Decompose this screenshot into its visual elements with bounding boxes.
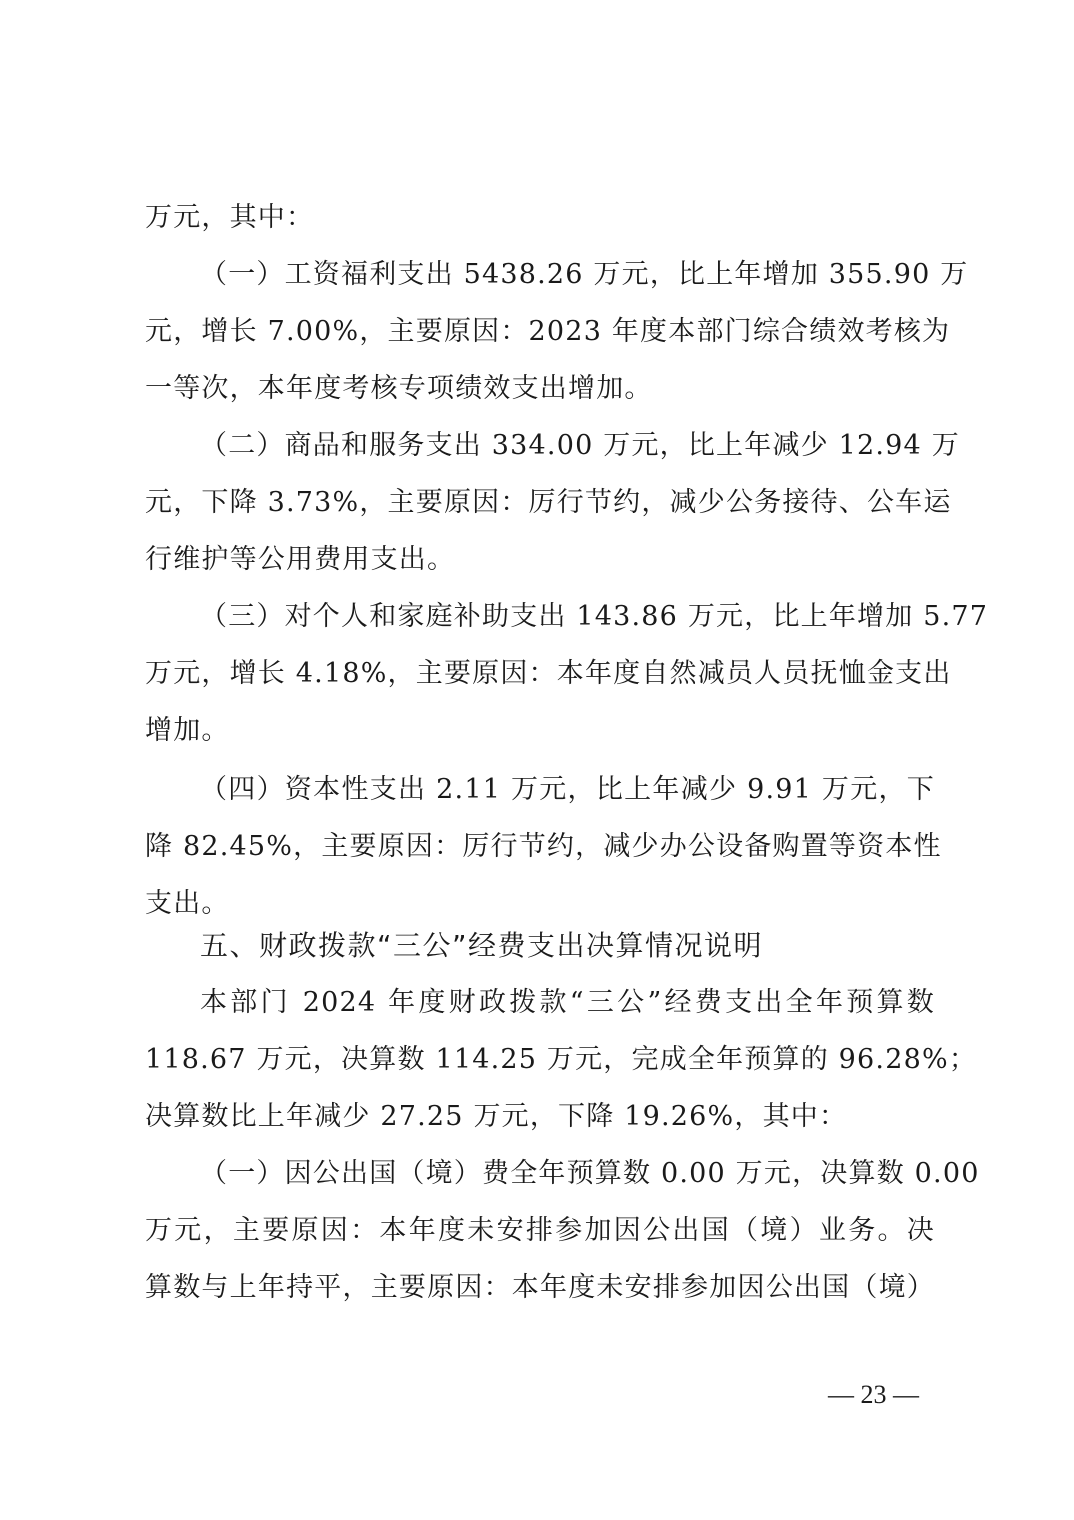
document-page: 万元，其中： （一）工资福利支出 5438.26 万元，比上年增加 355.90… — [0, 0, 1074, 1520]
paragraph-line: （四）资本性支出 2.11 万元，比上年减少 9.91 万元，下 — [200, 770, 935, 810]
paragraph-line: （二）商品和服务支出 334.00 万元，比上年减少 12.94 万 — [200, 426, 935, 466]
paragraph-line: （一）工资福利支出 5438.26 万元，比上年增加 355.90 万 — [200, 255, 935, 295]
paragraph-line: 一等次，本年度考核专项绩效支出增加。 — [145, 369, 935, 409]
paragraph-line: 本部门 2024 年度财政拨款“三公”经费支出全年预算数 — [200, 983, 935, 1023]
paragraph-line: 降 82.45%，主要原因：厉行节约，减少办公设备购置等资本性 — [145, 827, 935, 867]
page-number: — 23 — — [828, 1377, 919, 1413]
paragraph-line: 万元，其中： — [145, 198, 935, 238]
paragraph-line: 118.67 万元，决算数 114.25 万元，完成全年预算的 96.28%； — [145, 1040, 935, 1080]
paragraph-line: 增加。 — [145, 711, 935, 751]
paragraph-line: 万元，主要原因：本年度未安排参加因公出国（境）业务。决 — [145, 1211, 935, 1251]
paragraph-line: 元，增长 7.00%，主要原因：2023 年度本部门综合绩效考核为 — [145, 312, 935, 352]
paragraph-line: （三）对个人和家庭补助支出 143.86 万元，比上年增加 5.77 — [200, 597, 935, 637]
paragraph-line: 算数与上年持平，主要原因：本年度未安排参加因公出国（境） — [145, 1268, 935, 1308]
paragraph-line: 决算数比上年减少 27.25 万元，下降 19.26%，其中： — [145, 1097, 935, 1137]
paragraph-line: 万元，增长 4.18%，主要原因：本年度自然减员人员抚恤金支出 — [145, 654, 935, 694]
paragraph-line: 行维护等公用费用支出。 — [145, 540, 935, 580]
paragraph-line: 元，下降 3.73%，主要原因：厉行节约，减少公务接待、公车运 — [145, 483, 935, 523]
paragraph-line: 支出。 — [145, 884, 935, 924]
paragraph-line: （一）因公出国（境）费全年预算数 0.00 万元，决算数 0.00 — [200, 1154, 935, 1194]
section-heading: 五、财政拨款“三公”经费支出决算情况说明 — [200, 926, 763, 966]
